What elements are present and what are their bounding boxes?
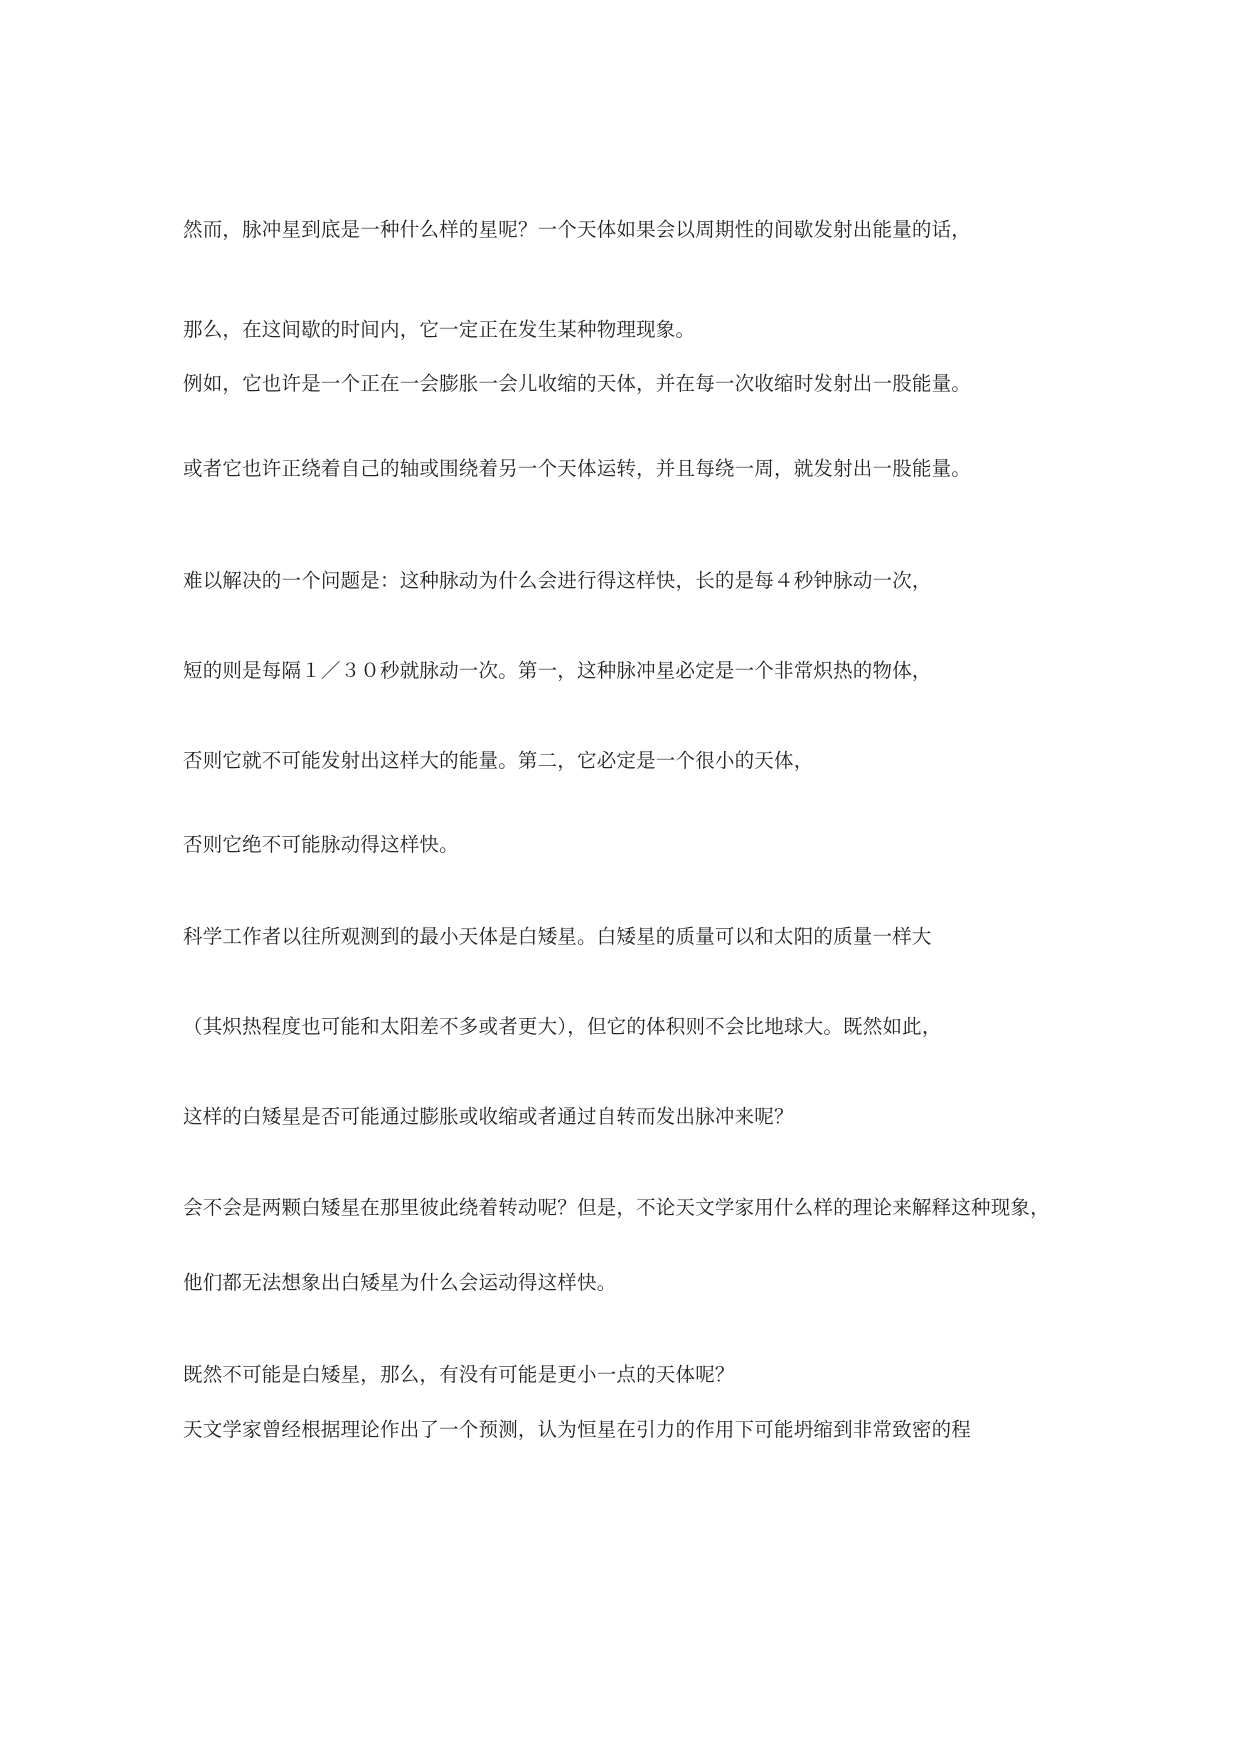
paragraph-line: 否则它绝不可能脉动得这样快。 xyxy=(183,830,1063,860)
paragraph-line: 或者它也许正绕着自己的轴或围绕着另一个天体运转，并且每绕一周，就发射出一股能量。 xyxy=(183,454,1063,484)
paragraph-line: 既然不可能是白矮星，那么，有没有可能是更小一点的天体呢？ xyxy=(183,1360,1063,1390)
paragraph-line: 这样的白矮星是否可能通过膨胀或收缩或者通过自转而发出脉冲来呢？ xyxy=(183,1102,1063,1132)
paragraph-line: 难以解决的一个问题是：这种脉动为什么会进行得这样快，长的是每４秒钟脉动一次， xyxy=(183,566,1063,596)
paragraph-line: 他们都无法想象出白矮星为什么会运动得这样快。 xyxy=(183,1268,1063,1298)
paragraph-line: 科学工作者以往所观测到的最小天体是白矮星。白矮星的质量可以和太阳的质量一样大 xyxy=(183,922,1063,952)
paragraph-line: 天文学家曾经根据理论作出了一个预测，认为恒星在引力的作用下可能坍缩到非常致密的程 xyxy=(183,1415,1063,1445)
paragraph-line: （其炽热程度也可能和太阳差不多或者更大），但它的体积则不会比地球大。既然如此， xyxy=(183,1012,1063,1042)
paragraph-line: 否则它就不可能发射出这样大的能量。第二，它必定是一个很小的天体， xyxy=(183,746,1063,776)
paragraph-line: 然而，脉冲星到底是一种什么样的星呢？一个天体如果会以周期性的间歇发射出能量的话， xyxy=(183,215,1063,245)
paragraph-line: 短的则是每隔１／３０秒就脉动一次。第一，这种脉冲星必定是一个非常炽热的物体， xyxy=(183,656,1063,686)
paragraph-line: 那么，在这间歇的时间内，它一定正在发生某种物理现象。 xyxy=(183,315,1063,345)
paragraph-line: 例如，它也许是一个正在一会膨胀一会儿收缩的天体，并在每一次收缩时发射出一股能量。 xyxy=(183,369,1063,399)
document-page: 然而，脉冲星到底是一种什么样的星呢？一个天体如果会以周期性的间歇发射出能量的话，… xyxy=(0,0,1241,1754)
paragraph-line: 会不会是两颗白矮星在那里彼此绕着转动呢？但是，不论天文学家用什么样的理论来解释这… xyxy=(183,1193,1063,1223)
